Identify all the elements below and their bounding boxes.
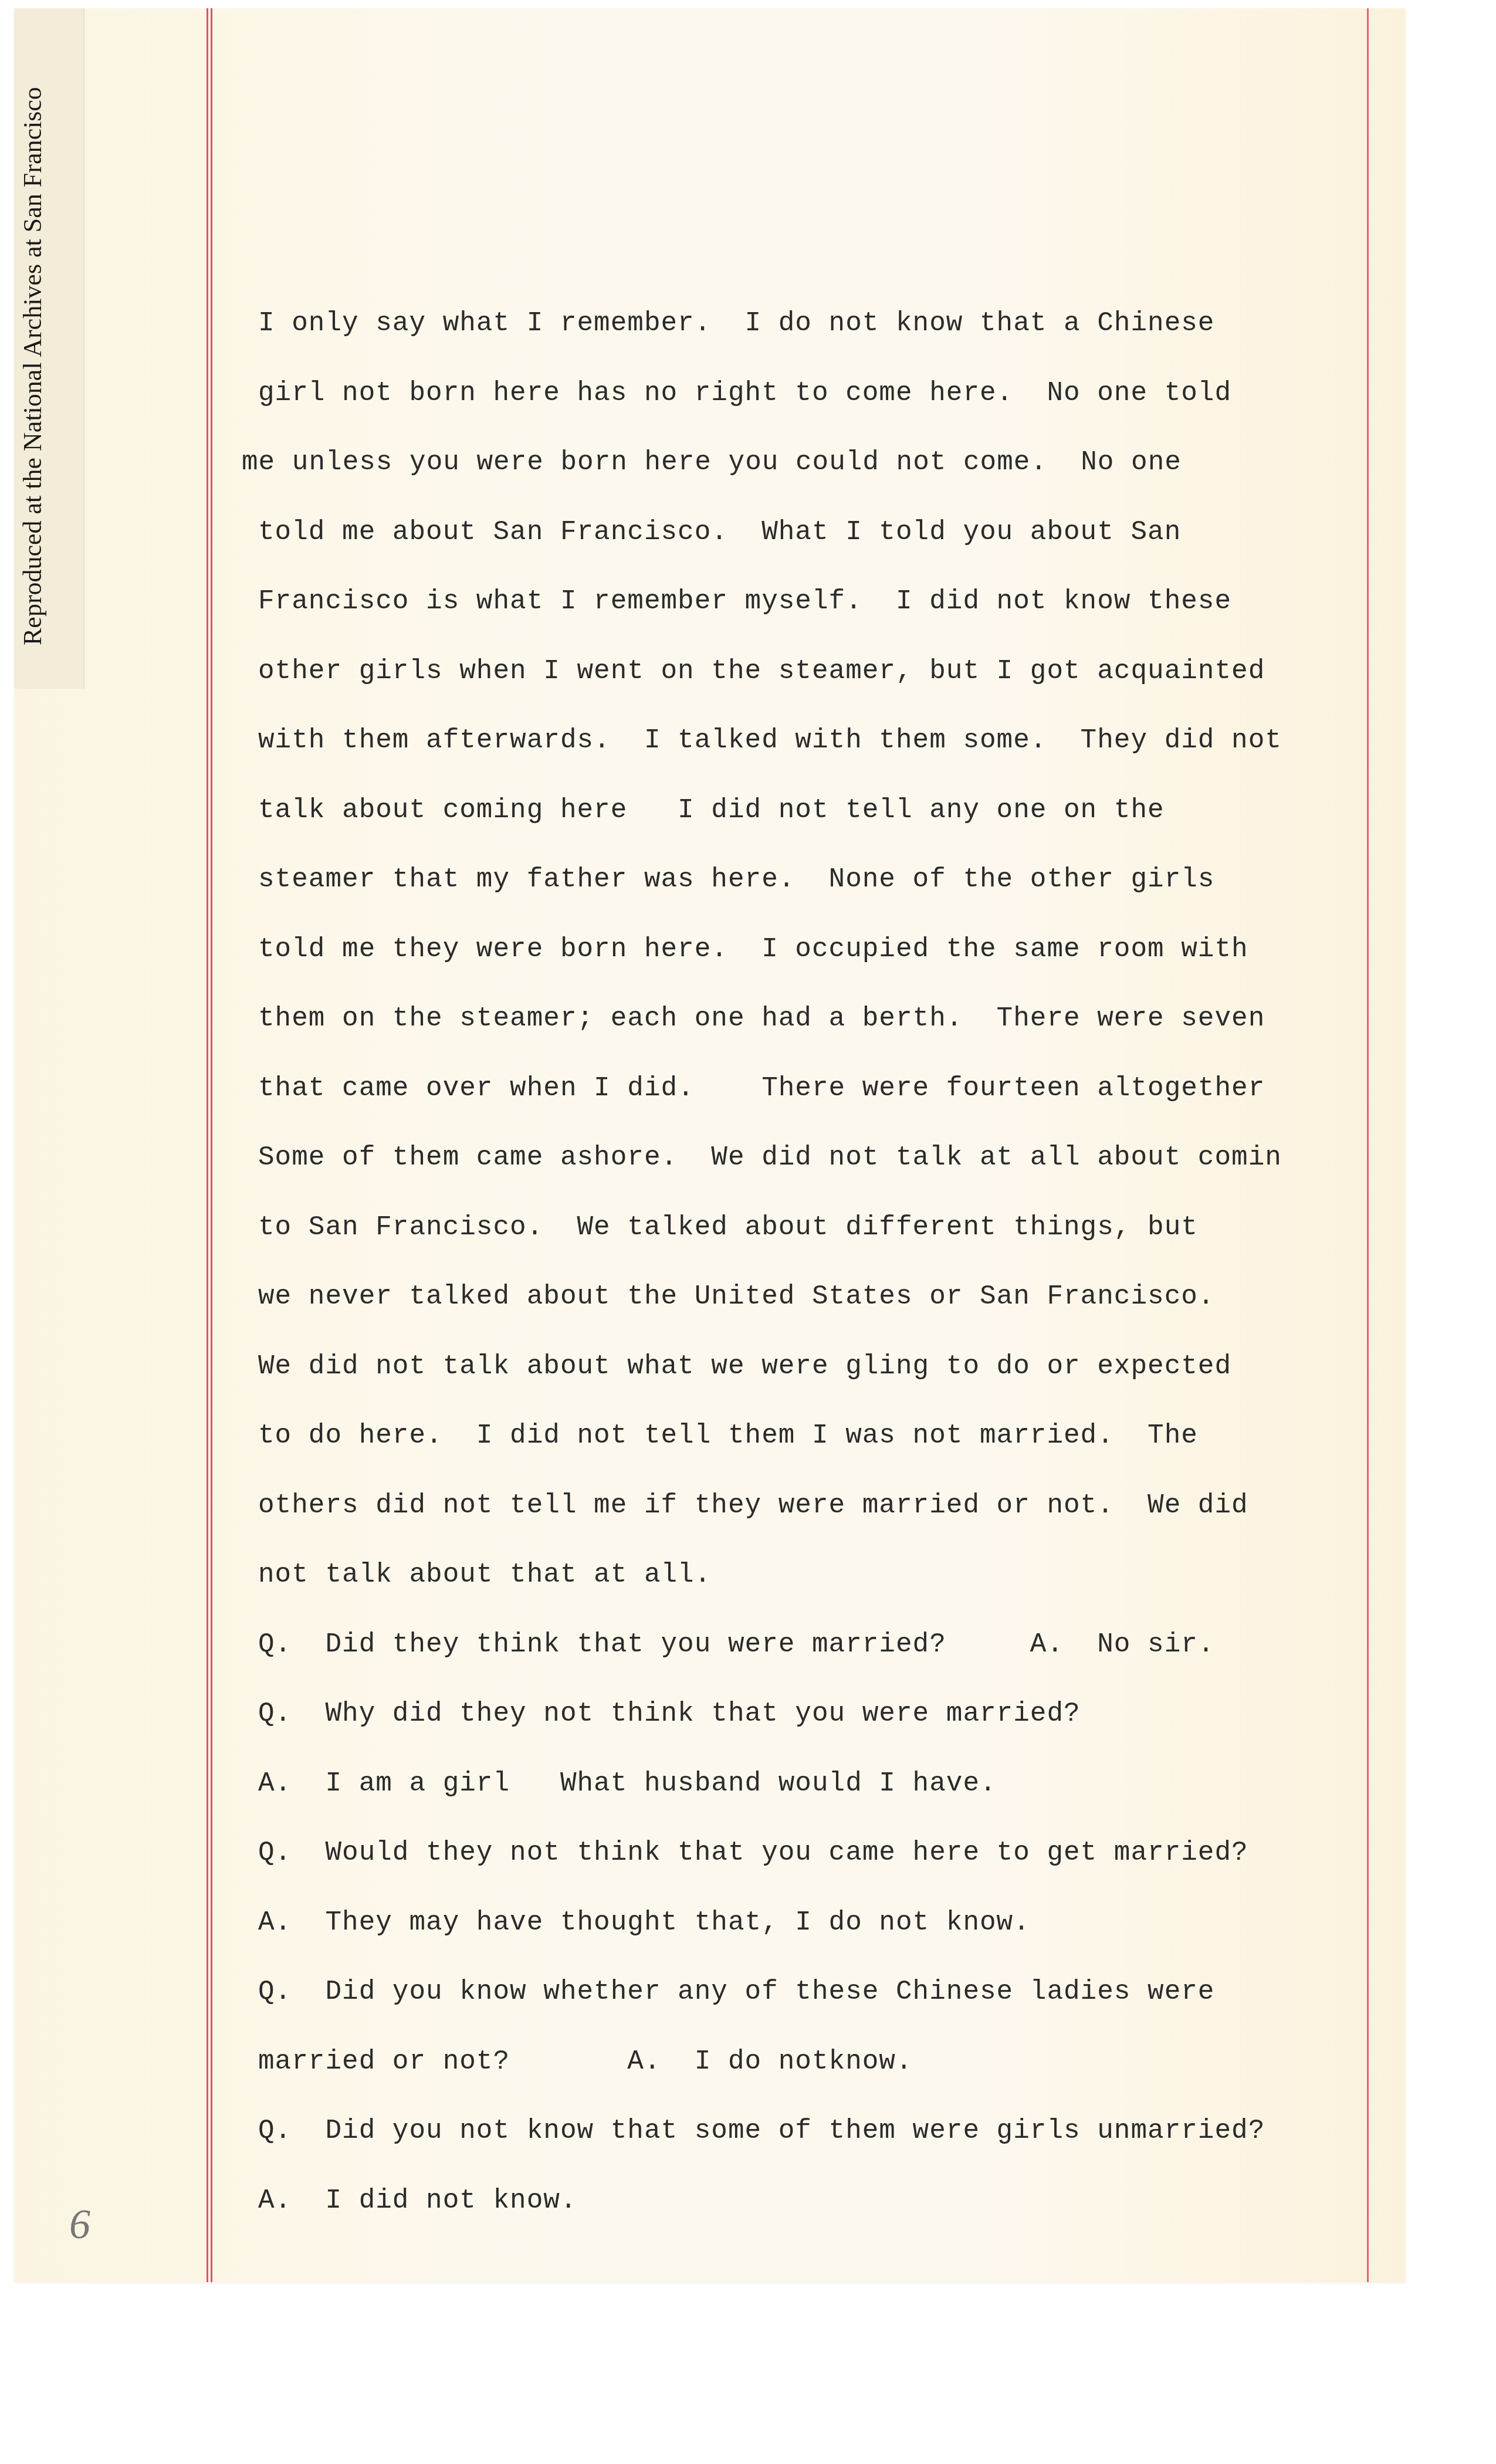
text-line: not talk about that at all. xyxy=(258,1540,1373,1610)
handwritten-page-number: 6 xyxy=(69,2200,90,2249)
text-line: steamer that my father was here. None of… xyxy=(258,845,1373,915)
qa-line: Q. Did they think that you were married?… xyxy=(258,1610,1373,1680)
qa-line: married or not? A. I do notknow. xyxy=(258,2027,1373,2097)
text-line: to do here. I did not tell them I was no… xyxy=(258,1401,1373,1471)
qa-line: A. I am a girl What husband would I have… xyxy=(258,1749,1373,1819)
text-line: girl not born here has no right to come … xyxy=(258,358,1373,428)
qa-line: Q. Did you not know that some of them we… xyxy=(258,2096,1373,2166)
text-line: me unless you were born here you could n… xyxy=(242,428,1373,497)
qa-line: A. I did not know. xyxy=(258,2166,1373,2236)
text-line: other girls when I went on the steamer, … xyxy=(258,637,1373,706)
text-line: them on the steamer; each one had a bert… xyxy=(258,984,1373,1054)
text-line: with them afterwards. I talked with them… xyxy=(258,706,1373,776)
text-line: talk about coming here I did not tell an… xyxy=(258,776,1373,845)
text-line: told me they were born here. I occupied … xyxy=(258,915,1373,984)
text-line: We did not talk about what we were gling… xyxy=(258,1332,1373,1402)
text-line: others did not tell me if they were marr… xyxy=(258,1471,1373,1541)
text-line: we never talked about the United States … xyxy=(258,1262,1373,1332)
left-margin-rule xyxy=(207,8,212,2282)
typed-transcript: I only say what I remember. I do not kno… xyxy=(258,289,1373,2235)
qa-line: Q. Why did they not think that you were … xyxy=(258,1679,1373,1749)
text-line: told me about San Francisco. What I told… xyxy=(258,497,1373,567)
qa-line: Q. Did you know whether any of these Chi… xyxy=(258,1957,1373,2027)
text-line: Some of them came ashore. We did not tal… xyxy=(258,1123,1373,1193)
text-line: Francisco is what I remember myself. I d… xyxy=(258,567,1373,637)
qa-line: Q. Would they not think that you came he… xyxy=(258,1818,1373,1888)
qa-line: A. They may have thought that, I do not … xyxy=(258,1888,1373,1958)
text-line: to San Francisco. We talked about differ… xyxy=(258,1193,1373,1263)
text-line: that came over when I did. There were fo… xyxy=(258,1054,1373,1123)
text-line: I only say what I remember. I do not kno… xyxy=(258,289,1373,358)
archive-stamp: Reproduced at the National Archives at S… xyxy=(18,23,48,645)
